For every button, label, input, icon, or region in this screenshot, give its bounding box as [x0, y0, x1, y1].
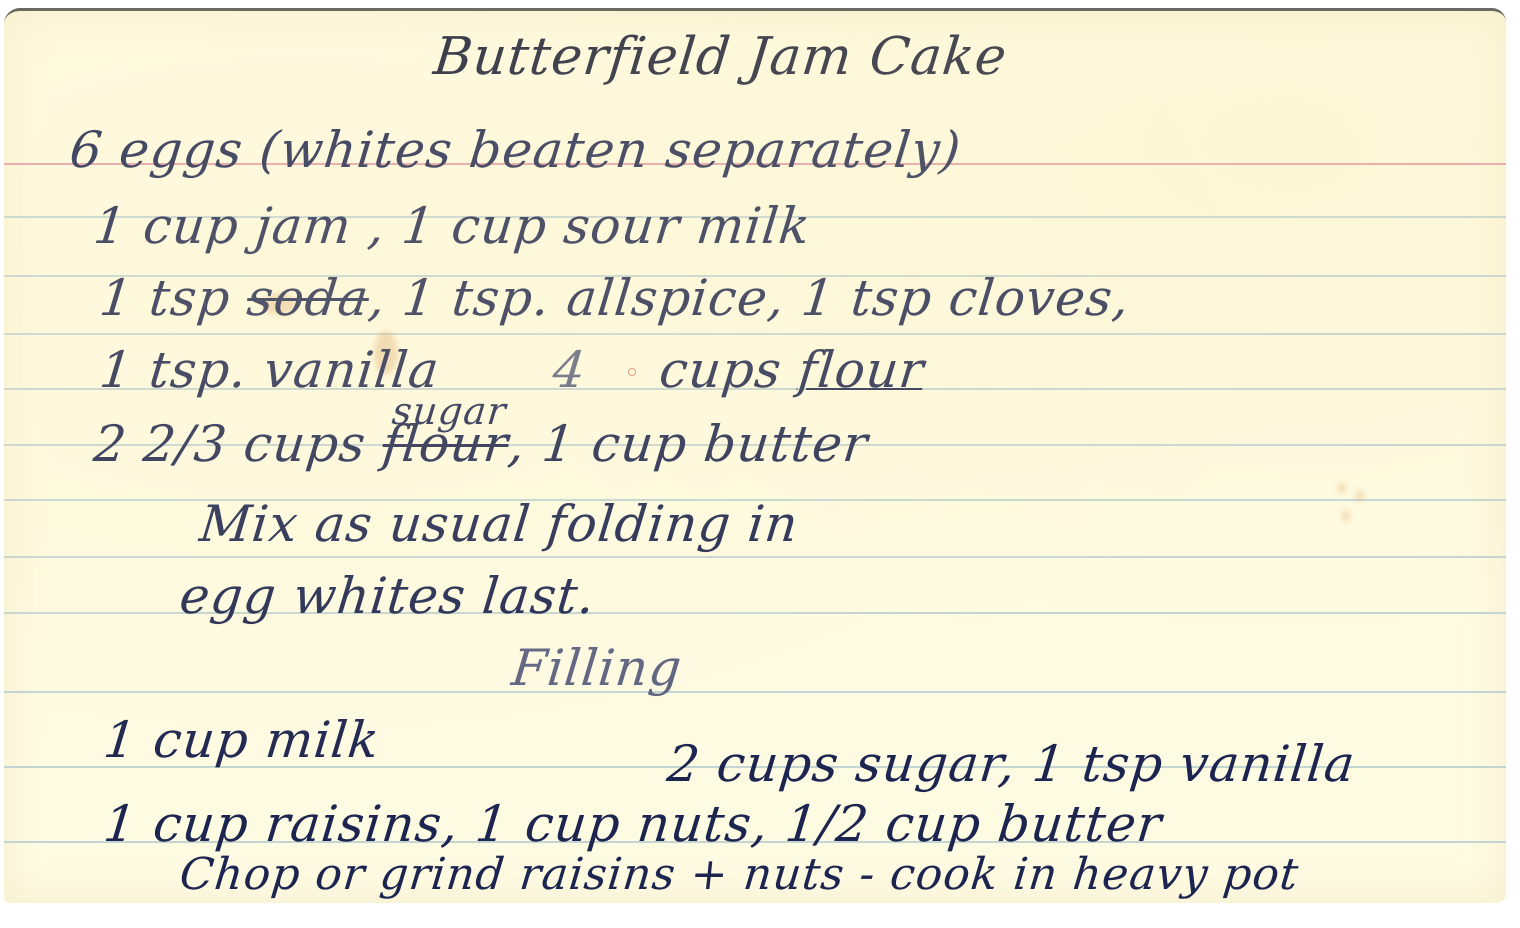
ruled-line — [4, 556, 1506, 558]
stain — [1356, 491, 1364, 501]
stain — [1342, 511, 1350, 521]
underlined-word: flour — [795, 341, 927, 399]
card-edge-mark — [728, 8, 742, 11]
recipe-text: 1 tsp. vanilla — [97, 341, 442, 399]
recipe-text: , 1 tsp. allspice, 1 tsp cloves, — [366, 269, 1133, 327]
ruled-line — [4, 691, 1506, 693]
recipe-line: 1 tsp. vanilla 4 cups flour — [97, 341, 927, 399]
recipe-text: cups — [657, 341, 785, 399]
recipe-title: Butterfield Jam Cake — [431, 27, 1010, 87]
recipe-text: 1 cup milk — [101, 711, 383, 769]
stain — [1338, 483, 1346, 493]
recipe-text: 2 cups sugar, 1 tsp vanilla — [664, 735, 1358, 793]
recipe-line: Mix as usual folding in — [197, 495, 801, 553]
ruled-line — [4, 333, 1506, 335]
recipe-line: 1 cup jam , 1 cup sour milk — [91, 197, 814, 255]
recipe-line: 1 cup raisins, 1 cup nuts, 1/2 cup butte… — [101, 795, 1165, 853]
recipe-line: 6 eggs (whites beaten separately) — [67, 121, 964, 179]
recipe-card: Butterfield Jam Cake 6 eggs (whites beat… — [4, 8, 1506, 903]
recipe-text: 1 tsp — [97, 269, 234, 327]
correction-word: sugar — [390, 389, 509, 433]
recipe-text: 2 2/3 cups — [91, 415, 369, 473]
recipe-line: 2 2/3 cups flour sugar , 1 cup butter — [91, 415, 871, 473]
filling-heading: Filling — [509, 639, 685, 697]
recipe-line: 1 cup milk 2 cups sugar, 1 tsp vanilla — [101, 711, 1506, 769]
pencil-number: 4 — [550, 341, 589, 399]
card-edge-mark — [632, 8, 648, 11]
recipe-line: egg whites last. — [177, 567, 598, 625]
recipe-line: Chop or grind raisins + nuts - cook in h… — [177, 849, 1301, 900]
recipe-text: , 1 cup butter — [506, 415, 872, 473]
recipe-line: 1 tsp soda, 1 tsp. allspice, 1 tsp clove… — [97, 269, 1133, 327]
struck-word: soda — [244, 269, 372, 327]
card-edge-mark — [660, 8, 672, 11]
